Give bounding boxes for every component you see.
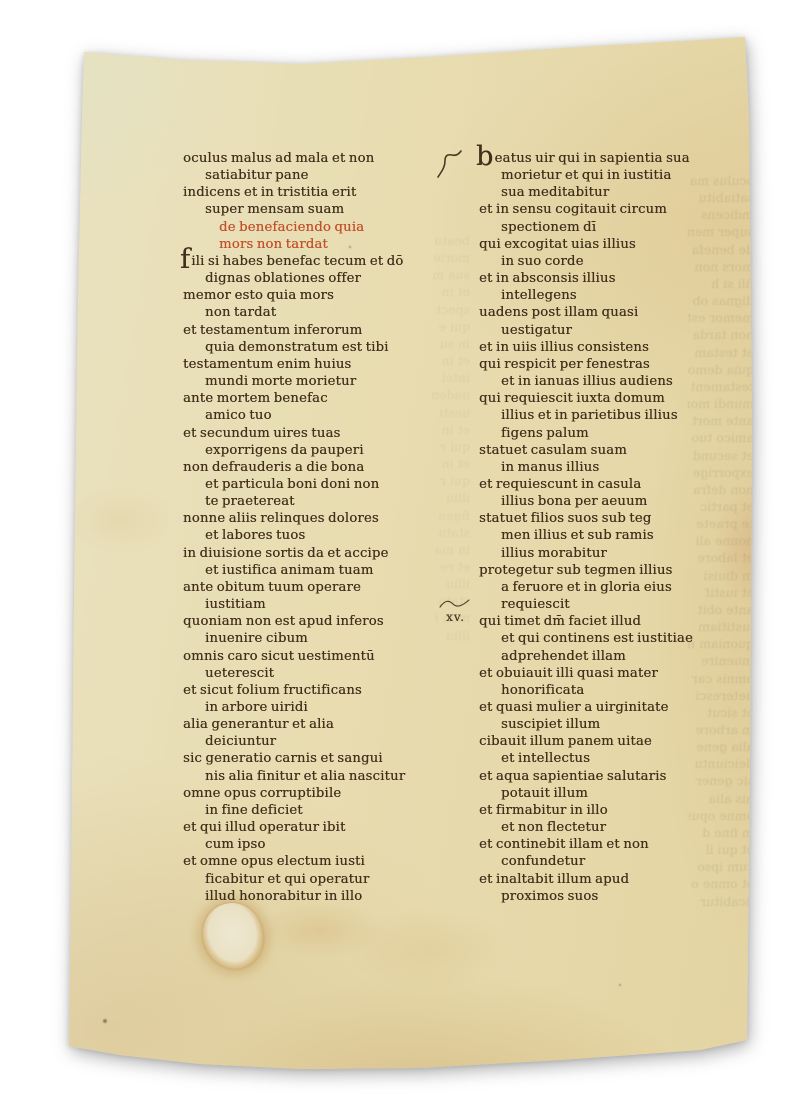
text-line: et firmabitur in illo bbox=[479, 802, 764, 819]
text-line: oculus malus ad mala et non bbox=[183, 150, 468, 167]
text-line: et omne opus electum iusti bbox=[183, 853, 468, 870]
text-line: et iustifica animam tuam bbox=[183, 562, 468, 579]
text-line: qui timet dm̄ faciet illud bbox=[479, 613, 764, 630]
text-line: cibauit illum panem uitae bbox=[479, 733, 764, 750]
text-line: testamentum enim huius bbox=[183, 356, 468, 373]
text-line: illius bona per aeuum bbox=[479, 493, 764, 510]
text-line: qui excogitat uias illius bbox=[479, 236, 764, 253]
text-line: figens palum bbox=[479, 425, 764, 442]
text-line: cum ipso bbox=[183, 836, 468, 853]
text-line: alia generantur et alia bbox=[183, 716, 468, 733]
text-line: et obuiauit illi quasi mater bbox=[479, 665, 764, 682]
text-line: requiescit bbox=[479, 596, 764, 613]
manuscript-photo: oculus masatiabituindicens super mende b… bbox=[0, 0, 800, 1117]
text-line: qui requiescit iuxta domum bbox=[479, 390, 764, 407]
text-line: satiabitur pane bbox=[183, 167, 468, 184]
text-line: deiciuntur bbox=[183, 733, 468, 750]
text-line: de benefaciendo quia bbox=[183, 219, 468, 236]
text-line: in diuisione sortis da et accipe bbox=[183, 545, 468, 562]
text-line: iustitiam bbox=[183, 596, 468, 613]
parchment-page: oculus masatiabituindicens super mende b… bbox=[0, 0, 800, 1117]
text-line: et non flectetur bbox=[479, 819, 764, 836]
text-line: spectionem dī bbox=[479, 219, 764, 236]
text-line: quia demonstratum est tibi bbox=[183, 339, 468, 356]
text-line: mundi morte morietur bbox=[183, 373, 468, 390]
text-line: sic generatio carnis et sangui bbox=[183, 750, 468, 767]
text-line: et testamentum inferorum bbox=[183, 322, 468, 339]
text-line: ante mortem benefac bbox=[183, 390, 468, 407]
text-line: indicens et in tristitia erit bbox=[183, 184, 468, 201]
text-line: et intellectus bbox=[479, 750, 764, 767]
text-line: non tardat bbox=[183, 304, 468, 321]
text-line: ficabitur et qui operatur bbox=[183, 871, 468, 888]
text-line: et in sensu cogitauit circum bbox=[479, 201, 764, 218]
text-line: in manus illius bbox=[479, 459, 764, 476]
text-line: et in ianuas illius audiens bbox=[479, 373, 764, 390]
text-line: intellegens bbox=[479, 287, 764, 304]
text-line: ueterescit bbox=[183, 665, 468, 682]
text-line: men illius et sub ramis bbox=[479, 527, 764, 544]
text-line: et aqua sapientiae salutaris bbox=[479, 768, 764, 785]
text-line: non defrauderis a die bona bbox=[183, 459, 468, 476]
text-line: omnis caro sicut uestimentū bbox=[183, 648, 468, 665]
text-line: omne opus corruptibile bbox=[183, 785, 468, 802]
text-line: beatus uir qui in sapientia sua bbox=[479, 150, 764, 167]
text-line: qui respicit per fenestras bbox=[479, 356, 764, 373]
text-line: et requiescunt in casula bbox=[479, 476, 764, 493]
text-line: statuet filios suos sub teg bbox=[479, 510, 764, 527]
text-line: super mensam suam bbox=[183, 201, 468, 218]
text-column-left: oculus malus ad mala et nonsatiabitur pa… bbox=[183, 150, 468, 905]
parchment-repair-patch bbox=[196, 897, 270, 976]
text-line: nonne aliis relinques dolores bbox=[183, 510, 468, 527]
text-line: sua meditabitur bbox=[479, 184, 764, 201]
text-line: ante obitum tuum operare bbox=[183, 579, 468, 596]
text-line: in fine deficiet bbox=[183, 802, 468, 819]
text-line: confundetur bbox=[479, 853, 764, 870]
text-line: et qui illud operatur ibit bbox=[183, 819, 468, 836]
text-line: proximos suos bbox=[479, 888, 764, 905]
text-line: suscipiet illum bbox=[479, 716, 764, 733]
text-line: memor esto quia mors bbox=[183, 287, 468, 304]
text-column-right: beatus uir qui in sapientia suamorietur … bbox=[479, 150, 764, 905]
text-line: in arbore uiridi bbox=[183, 699, 468, 716]
text-line: mors non tardat bbox=[183, 236, 468, 253]
text-line: adprehendet illam bbox=[479, 648, 764, 665]
text-line: fili si habes benefac tecum et dō bbox=[183, 253, 468, 270]
text-line: dignas oblationes offer bbox=[183, 270, 468, 287]
text-line: et secundum uires tuas bbox=[183, 425, 468, 442]
text-line: et particula boni doni non bbox=[183, 476, 468, 493]
text-line: honorificata bbox=[479, 682, 764, 699]
text-line: et qui continens est iustitiae bbox=[479, 630, 764, 647]
text-line: illius et in parietibus illius bbox=[479, 407, 764, 424]
text-line: statuet casulam suam bbox=[479, 442, 764, 459]
text-line: uadens post illam quasi bbox=[479, 304, 764, 321]
text-line: et quasi mulier a uirginitate bbox=[479, 699, 764, 716]
text-line: te praetereat bbox=[183, 493, 468, 510]
text-line: amico tuo bbox=[183, 407, 468, 424]
text-line: et in uiis illius consistens bbox=[479, 339, 764, 356]
text-line: protegetur sub tegmen illius bbox=[479, 562, 764, 579]
text-line: potauit illum bbox=[479, 785, 764, 802]
text-line: inuenire cibum bbox=[183, 630, 468, 647]
text-line-rest: eatus uir qui in sapientia sua bbox=[495, 151, 690, 166]
text-line: illius morabitur bbox=[479, 545, 764, 562]
text-line: a feruore et in gloria eius bbox=[479, 579, 764, 596]
text-line: et labores tuos bbox=[183, 527, 468, 544]
text-line-rest: ili si habes benefac tecum et dō bbox=[191, 254, 403, 269]
text-line: et continebit illam et non bbox=[479, 836, 764, 853]
text-line: morietur et qui in iustitia bbox=[479, 167, 764, 184]
text-line: in suo corde bbox=[479, 253, 764, 270]
text-line: nis alia finitur et alia nascitur bbox=[183, 768, 468, 785]
text-line: illud honorabitur in illo bbox=[183, 888, 468, 905]
text-line: exporrigens da pauperi bbox=[183, 442, 468, 459]
text-line: quoniam non est apud inferos bbox=[183, 613, 468, 630]
text-line: et inaltabit illum apud bbox=[479, 871, 764, 888]
text-line: et in absconsis illius bbox=[479, 270, 764, 287]
text-line: uestigatur bbox=[479, 322, 764, 339]
text-line: et sicut folium fructificans bbox=[183, 682, 468, 699]
